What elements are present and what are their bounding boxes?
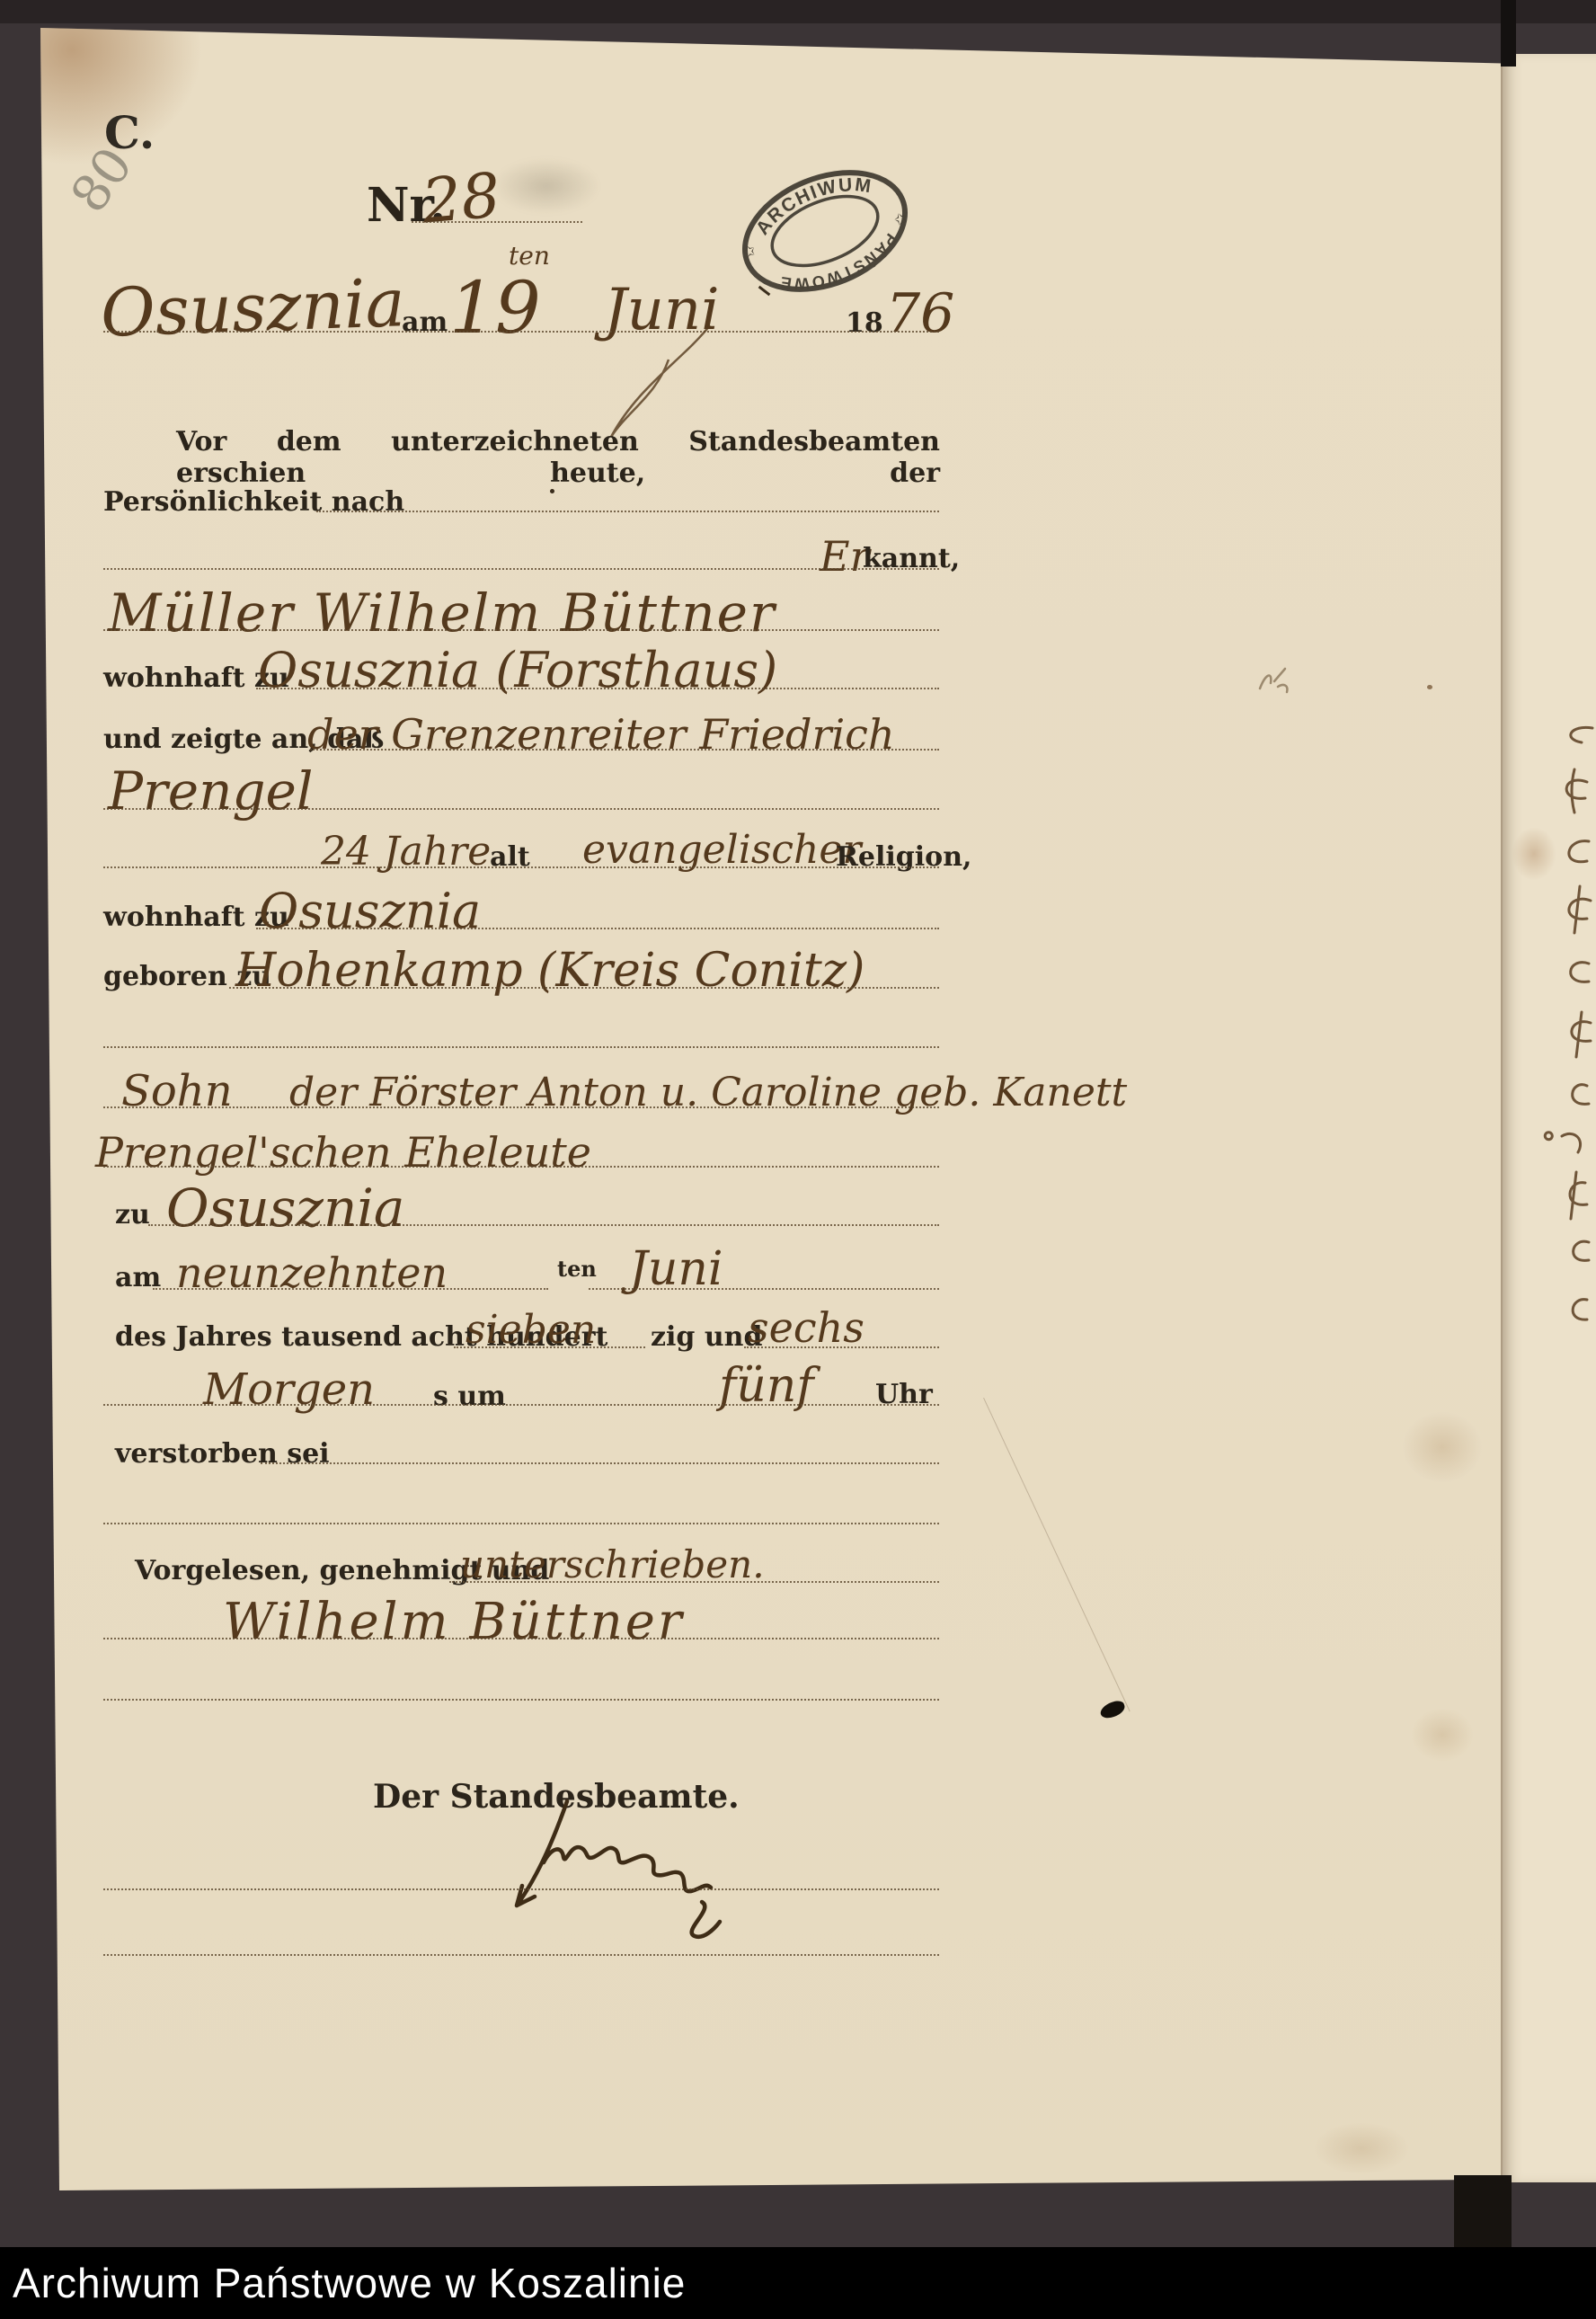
- parents-line2-entry: Prengel'schen Eheleute: [95, 1128, 591, 1177]
- declarant-entry: Müller Wilhelm Büttner: [108, 582, 776, 644]
- zu-label: zu: [115, 1199, 150, 1231]
- identity-label: Persönlichkeit nach: [103, 486, 404, 518]
- edge-stain: [1402, 1411, 1483, 1483]
- dotted-line: [103, 1638, 939, 1639]
- dotted-line: [744, 1346, 939, 1348]
- pen-flourish: [575, 324, 755, 440]
- adjacent-page-edge: [1501, 54, 1596, 2182]
- closing-hand-entry: unterschrieben.: [460, 1542, 765, 1586]
- am-label: am: [402, 307, 448, 338]
- stamp-star-left-icon: ✩: [740, 241, 758, 262]
- deceased-intro-entry: der Grenzenreiter Friedrich: [307, 710, 895, 759]
- parents-entry: der Förster Anton u. Caroline geb. Kanet…: [289, 1070, 1127, 1115]
- birthplace-entry: Hohenkamp (Kreis Conitz): [235, 944, 864, 998]
- dotted-line: [103, 1046, 939, 1048]
- dotted-line: [589, 1288, 939, 1290]
- edge-stain: [1411, 1708, 1474, 1762]
- margin-scribble: [1256, 665, 1292, 696]
- dotted-line: [103, 1699, 939, 1701]
- dotted-line: [256, 928, 939, 929]
- page-gap-bottom: [1454, 2175, 1512, 2251]
- adjacent-page-text-fragments: [1535, 715, 1596, 1345]
- dotted-line: [103, 568, 939, 570]
- century-print: 18: [846, 307, 883, 339]
- dotted-line: [256, 688, 939, 689]
- dotted-line: [103, 1166, 939, 1168]
- paper-crease: [983, 1398, 1130, 1711]
- dotted-line: [103, 331, 939, 333]
- declarant-residence-entry: Osusznia (Forsthaus): [258, 642, 777, 698]
- year-hand2-entry: sechs: [748, 1303, 864, 1352]
- day-suffix-entry: ten: [509, 241, 550, 271]
- year-entry: 76: [886, 282, 954, 345]
- death-place-entry: Osusznia: [166, 1177, 404, 1239]
- died-label: verstorben sei: [115, 1438, 330, 1470]
- bleed-ghost: [492, 158, 600, 214]
- s-um-label: s um: [433, 1381, 506, 1412]
- dotted-line: [103, 629, 939, 631]
- dotted-line: [454, 1346, 645, 1348]
- day-entry: 19: [449, 266, 541, 350]
- registrar-signature: [481, 1796, 750, 1931]
- dotted-line: [316, 511, 939, 512]
- dotted-line: [261, 1462, 939, 1464]
- dotted-line: [103, 866, 939, 868]
- dotted-line: [148, 1224, 939, 1226]
- son-entry: Sohn: [121, 1066, 233, 1116]
- dotted-line: [229, 987, 939, 989]
- record-sheet: C. 80 Nr. 28 ARCHIWUM PAŃSTWOWE ✩: [0, 0, 1596, 2319]
- declarant-signature: Wilhelm Büttner: [223, 1593, 685, 1651]
- ink-speck: [550, 489, 554, 493]
- deceased-surname-entry: Prengel: [108, 760, 313, 822]
- ink-blot: [1098, 1699, 1127, 1720]
- document-scan: C. 80 Nr. 28 ARCHIWUM PAŃSTWOWE ✩: [0, 0, 1596, 2319]
- archive-watermark-bar: Archiwum Państwowe w Koszalinie: [0, 2247, 1596, 2319]
- dotted-line: [103, 808, 939, 810]
- daytime-entry: Morgen: [203, 1364, 375, 1415]
- deceased-residence-entry: Osusznia: [259, 883, 481, 939]
- scanner-shadow-top: [0, 0, 1596, 23]
- archive-name: Archiwum Państwowe w Koszalinie: [0, 2259, 686, 2307]
- page-gap-top: [1501, 0, 1516, 67]
- intro-line: Vor dem unterzeichneten Standesbeamten e…: [176, 426, 940, 489]
- dotted-line: [310, 749, 939, 751]
- dotted-line: [412, 221, 582, 223]
- dotted-line: [103, 1888, 939, 1890]
- record-number-value: 28: [420, 160, 503, 237]
- ink-speck: [1427, 685, 1432, 689]
- place-entry: Osusznia: [100, 264, 407, 352]
- dotted-line: [103, 1106, 939, 1108]
- dotted-line: [449, 1581, 939, 1583]
- ten-label: ten: [557, 1256, 597, 1282]
- dotted-line: [103, 1404, 939, 1406]
- dotted-line: [103, 1954, 939, 1956]
- bottom-stain: [1312, 2121, 1411, 2175]
- dotted-line: [103, 1523, 939, 1524]
- dotted-line: [153, 1288, 548, 1290]
